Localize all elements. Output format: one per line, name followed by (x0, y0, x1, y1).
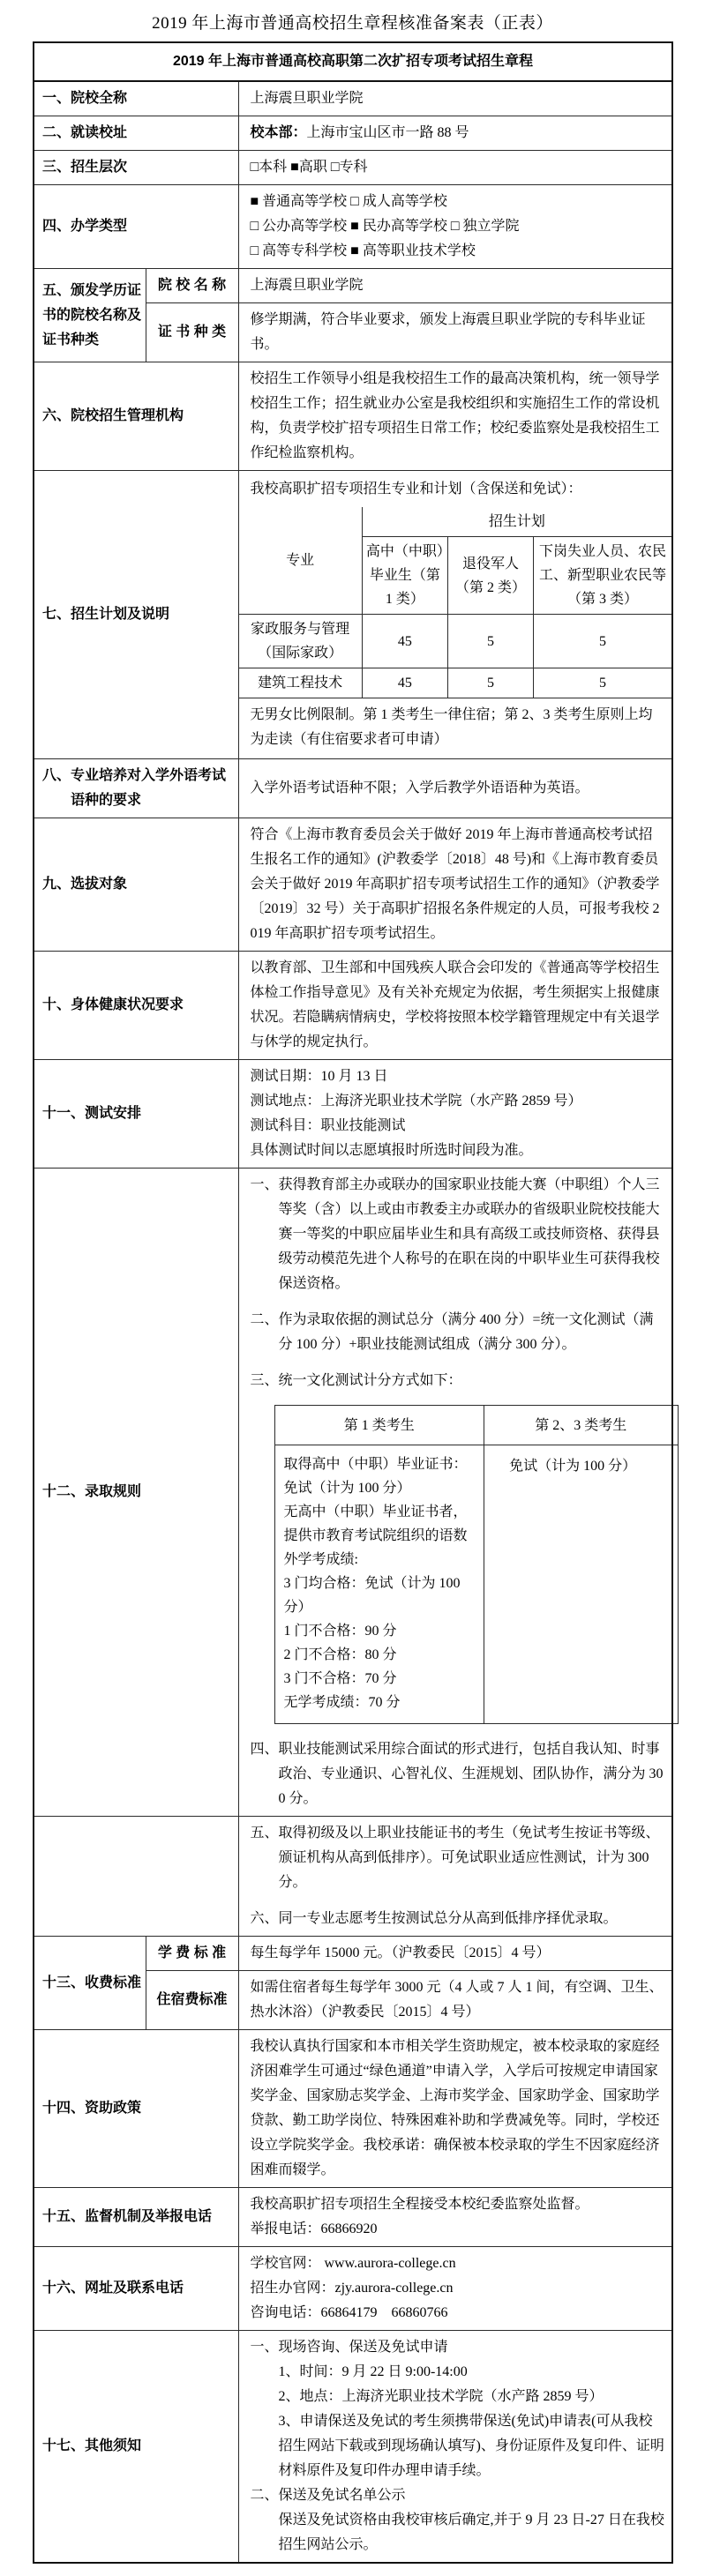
row8-value: 入学外语考试语种不限；入学后教学外语语种为英语。 (238, 759, 672, 818)
plan-data-row: 建筑工程技术 45 5 5 (239, 668, 672, 698)
row10-value: 以教育部、卫生部和中国残疾人联合会印发的《普通高等学校招生体检工作指导意见》及有… (238, 952, 672, 1060)
row12-empty-label (34, 1817, 238, 1937)
table-row-5a: 五、颁发学历证书的院校名称及证书种类 院 校 名 称 上海震旦职业学院 (34, 269, 672, 303)
plan-count: 5 (447, 615, 533, 668)
plan-count: 5 (534, 615, 672, 668)
row14-value: 我校认真执行国家和本市相关学生资助规定，被本校录取的家庭经济困难学生可通过“绿色… (238, 2030, 672, 2188)
row3-value: □本科 ■高职 □专科 (238, 151, 672, 185)
table-row-7: 七、招生计划及说明 我校高职扩招专项招生专业和计划（含保送和免试）： 专业 招生… (34, 471, 672, 759)
plan-major: 家政服务与管理（国际家政） (239, 615, 363, 668)
plan-data-row: 家政服务与管理（国际家政） 45 5 5 (239, 615, 672, 668)
table-row-header: 2019 年上海市普通高校高职第二次扩招专项考试招生章程 (34, 42, 672, 81)
row5-sub2-label: 证 书 种 类 (146, 303, 238, 362)
notice-sub-item: 2、地点：上海济光职业技术学院（水产路 2859 号） (279, 2385, 665, 2409)
row14-label: 十四、资助政策 (34, 2030, 238, 2188)
report-phone: 举报电话：66866920 (251, 2217, 665, 2242)
row8-label: 八、专业培养对入学外语考试语种的要求 (34, 759, 238, 818)
row16-value: 学校官网： www.aurora-college.cn 招生办官网：zjy.au… (238, 2247, 672, 2331)
notice-item: 二、保送及免试名单公示 (251, 2483, 665, 2508)
campus-prefix: 校本部： (251, 125, 307, 140)
contact-phone: 咨询电话：66864179 66860766 (251, 2301, 665, 2326)
row6-value: 校招生工作领导小组是我校招生工作的最高决策机构，统一领导学校招生工作；招生就业办… (238, 362, 672, 471)
table-row-10: 十、身体健康状况要求 以教育部、卫生部和中国残疾人联合会印发的《普通高等学校招生… (34, 952, 672, 1060)
row7-value: 我校高职扩招专项招生专业和计划（含保送和免试）： 专业 招生计划 高中（中职）毕… (238, 471, 672, 759)
row1-value: 上海震旦职业学院 (238, 81, 672, 116)
row13-sub1-value: 每生每学年 15000 元。（沪教委民〔2015〕4 号） (238, 1937, 672, 1971)
test-info-line: 测试地点：上海济光职业技术学院（水产路 2859 号） (251, 1089, 665, 1114)
test-info-line: 具体测试时间以志愿填报时所选时间段为准。 (251, 1139, 665, 1163)
table-row-13a: 十三、收费标准 学 费 标 准 每生每学年 15000 元。（沪教委民〔2015… (34, 1937, 672, 1971)
score-rule-line: 1 门不合格：90 分 (284, 1619, 477, 1643)
school-website: 学校官网： www.aurora-college.cn (251, 2251, 665, 2276)
admission-regulation-table: 2019 年上海市普通高校高职第二次扩招专项考试招生章程 一、院校全称 上海震旦… (33, 41, 673, 2564)
table-row-6: 六、院校招生管理机构 校招生工作领导小组是我校招生工作的最高决策机构，统一领导学… (34, 362, 672, 471)
row11-value: 测试日期：10 月 13 日 测试地点：上海济光职业技术学院（水产路 2859 … (238, 1060, 672, 1169)
row17-label: 十七、其他须知 (34, 2331, 238, 2564)
plan-count: 45 (362, 668, 447, 698)
row5-sub2-value: 修学期满，符合毕业要求，颁发上海震旦职业学院的专科毕业证书。 (238, 303, 672, 362)
table-row-4: 四、办学类型 ■ 普通高等学校 □ 成人高等学校 □ 公办高等学校 ■ 民办高等… (34, 185, 672, 269)
plan-count: 5 (534, 668, 672, 698)
score-header-row: 第 1 类考生 第 2、3 类考生 (274, 1406, 678, 1445)
table-row-15: 十五、监督机制及举报电话 我校高职扩招专项招生全程接受本校纪委监察处监督。 举报… (34, 2188, 672, 2247)
plan-count: 5 (447, 668, 533, 698)
score-rule-line: 3 门均合格：免试（计为 100 分） (284, 1572, 477, 1619)
enrollment-plan-table: 专业 招生计划 高中（中职）毕业生（第 1 类） 退役军人（第 2 类） 下岗失… (239, 507, 672, 698)
score-cell-cat23: 免试（计为 100 分） (484, 1445, 678, 1724)
row9-label: 九、选拔对象 (34, 818, 238, 952)
admission-rule-item: 四、职业技能测试采用综合面试的形式进行，包括自我认知、时事政治、专业通识、心智礼… (251, 1737, 665, 1811)
table-row-9: 九、选拔对象 符合《上海市教育委员会关于做好 2019 年上海市普通高校考试招生… (34, 818, 672, 952)
admission-rule-item: 六、同一专业志愿考生按测试总分从高到低排序择优录取。 (251, 1907, 665, 1931)
test-info-line: 测试科目：职业技能测试 (251, 1114, 665, 1139)
table-row-14: 十四、资助政策 我校认真执行国家和本市相关学生资助规定，被本校录取的家庭经济困难… (34, 2030, 672, 2188)
row3-label: 三、招生层次 (34, 151, 238, 185)
admission-rule-item: 一、获得教育部主办或联办的国家职业技能大赛（中职组）个人三等奖（含）以上或由市教… (251, 1173, 665, 1296)
table-row-1: 一、院校全称 上海震旦职业学院 (34, 81, 672, 116)
score-col2-header: 第 2、3 类考生 (484, 1406, 678, 1445)
row2-value: 校本部：上海市宝山区市一路 88 号 (238, 116, 672, 151)
score-rule-line: 3 门不合格：70 分 (284, 1667, 477, 1691)
plan-col-major: 专业 (239, 507, 363, 615)
section-header: 2019 年上海市普通高校高职第二次扩招专项考试招生章程 (34, 42, 672, 81)
school-type-line: ■ 普通高等学校 □ 成人高等学校 (251, 190, 665, 214)
row9-value: 符合《上海市教育委员会关于做好 2019 年上海市普通高校考试招生报名工作的通知… (238, 818, 672, 952)
school-type-line: □ 公办高等学校 ■ 民办高等学校 □ 独立学院 (251, 214, 665, 239)
row12-value-upper: 一、获得教育部主办或联办的国家职业技能大赛（中职组）个人三等奖（含）以上或由市教… (238, 1169, 672, 1817)
row12-label: 十二、录取规则 (34, 1169, 238, 1817)
row5-sub1-value: 上海震旦职业学院 (238, 269, 672, 303)
table-row-12-upper: 十二、录取规则 一、获得教育部主办或联办的国家职业技能大赛（中职组）个人三等奖（… (34, 1169, 672, 1817)
notice-sub-item: 保送及免试资格由我校审核后确定,并于 9 月 23 日-27 日在我校招生网站公… (279, 2508, 665, 2557)
table-row-2: 二、就读校址 校本部：上海市宝山区市一路 88 号 (34, 116, 672, 151)
table-row-12-lower: 五、取得初级及以上职业技能证书的考生（免试考生按证书等级、颁证机构从高到低排序）… (34, 1817, 672, 1937)
row4-label: 四、办学类型 (34, 185, 238, 269)
row17-value: 一、现场咨询、保送及免试申请 1、时间：9 月 22 日 9:00-14:00 … (238, 2331, 672, 2564)
row1-label: 一、院校全称 (34, 81, 238, 116)
table-row-3: 三、招生层次 □本科 ■高职 □专科 (34, 151, 672, 185)
row7-label: 七、招生计划及说明 (34, 471, 238, 759)
culture-test-score-table: 第 1 类考生 第 2、3 类考生 取得高中（中职）毕业证书：免试（计为 100… (274, 1405, 679, 1724)
page-title: 2019 年上海市普通高校招生章程核准备案表（正表） (0, 0, 705, 41)
notice-sub-item: 3、申请保送及免试的考生须携带保送(免试)申请表(可从我校招生网站下载或到现场确… (279, 2409, 665, 2483)
plan-header-row-1: 专业 招生计划 (239, 507, 672, 537)
admission-rule-item: 二、作为录取依据的测试总分（满分 400 分）=统一文化测试（满分 100 分）… (251, 1308, 665, 1357)
plan-col-plan: 招生计划 (362, 507, 671, 537)
plan-count: 45 (362, 615, 447, 668)
row15-value: 我校高职扩招专项招生全程接受本校纪委监察处监督。 举报电话：66866920 (238, 2188, 672, 2247)
row16-label: 十六、网址及联系电话 (34, 2247, 238, 2331)
plan-col1-header: 高中（中职）毕业生（第 1 类） (362, 537, 447, 615)
notice-item: 一、现场咨询、保送及免试申请 (251, 2335, 665, 2360)
admission-rule-item: 三、统一文化测试计分方式如下： (251, 1369, 665, 1393)
row11-label: 十一、测试安排 (34, 1060, 238, 1169)
score-rule-line: 无学考成绩：70 分 (284, 1691, 477, 1714)
score-data-row: 取得高中（中职）毕业证书：免试（计为 100 分） 无高中（中职）毕业证书者，提… (274, 1445, 678, 1724)
admission-rule-item: 五、取得初级及以上职业技能证书的考生（免试考生按证书等级、颁证机构从高到低排序）… (251, 1821, 665, 1895)
table-row-11: 十一、测试安排 测试日期：10 月 13 日 测试地点：上海济光职业技术学院（水… (34, 1060, 672, 1169)
table-row-8: 八、专业培养对入学外语考试语种的要求 入学外语考试语种不限；入学后教学外语语种为… (34, 759, 672, 818)
row2-label: 二、就读校址 (34, 116, 238, 151)
score-rule-line: 2 门不合格：80 分 (284, 1643, 477, 1667)
plan-col2-header: 退役军人（第 2 类） (447, 537, 533, 615)
row13-sub2-label: 住宿费标准 (146, 1971, 238, 2030)
test-info-line: 测试日期：10 月 13 日 (251, 1064, 665, 1089)
row5-label: 五、颁发学历证书的院校名称及证书种类 (34, 269, 146, 362)
plan-col3-header: 下岗失业人员、农民工、新型职业农民等（第 3 类） (534, 537, 672, 615)
score-cell-cat1: 取得高中（中职）毕业证书：免试（计为 100 分） 无高中（中职）毕业证书者，提… (274, 1445, 484, 1724)
school-type-line: □ 高等专科学校 ■ 高等职业技术学校 (251, 239, 665, 264)
row13-sub1-label: 学 费 标 准 (146, 1937, 238, 1971)
row5-sub1-label: 院 校 名 称 (146, 269, 238, 303)
score-rule-line: 无高中（中职）毕业证书者，提供市教育考试院组织的语数外学考成绩: (284, 1500, 477, 1572)
table-row-17: 十七、其他须知 一、现场咨询、保送及免试申请 1、时间：9 月 22 日 9:0… (34, 2331, 672, 2564)
supervision-line: 我校高职扩招专项招生全程接受本校纪委监察处监督。 (251, 2192, 665, 2217)
plan-intro: 我校高职扩招专项招生专业和计划（含保送和免试）： (239, 471, 672, 507)
plan-major: 建筑工程技术 (239, 668, 363, 698)
row13-label: 十三、收费标准 (34, 1937, 146, 2030)
score-rule-line: 取得高中（中职）毕业证书：免试（计为 100 分） (284, 1452, 477, 1500)
notice-sub-item: 1、时间：9 月 22 日 9:00-14:00 (279, 2360, 665, 2385)
row12-value-lower: 五、取得初级及以上职业技能证书的考生（免试考生按证书等级、颁证机构从高到低排序）… (238, 1817, 672, 1937)
row10-label: 十、身体健康状况要求 (34, 952, 238, 1060)
row13-sub2-value: 如需住宿者每生每学年 3000 元（4 人或 7 人 1 间，有空调、卫生、热水… (238, 1971, 672, 2030)
row15-label: 十五、监督机制及举报电话 (34, 2188, 238, 2247)
row6-label: 六、院校招生管理机构 (34, 362, 238, 471)
table-row-16: 十六、网址及联系电话 学校官网： www.aurora-college.cn 招… (34, 2247, 672, 2331)
score-col1-header: 第 1 类考生 (274, 1406, 484, 1445)
plan-note: 无男女比例限制。第 1 类考生一律住宿；第 2、3 类考生原则上均为走读（有住宿… (239, 698, 672, 758)
admission-website: 招生办官网：zjy.aurora-college.cn (251, 2276, 665, 2301)
row4-value: ■ 普通高等学校 □ 成人高等学校 □ 公办高等学校 ■ 民办高等学校 □ 独立… (238, 185, 672, 269)
campus-address: 上海市宝山区市一路 88 号 (307, 125, 469, 140)
